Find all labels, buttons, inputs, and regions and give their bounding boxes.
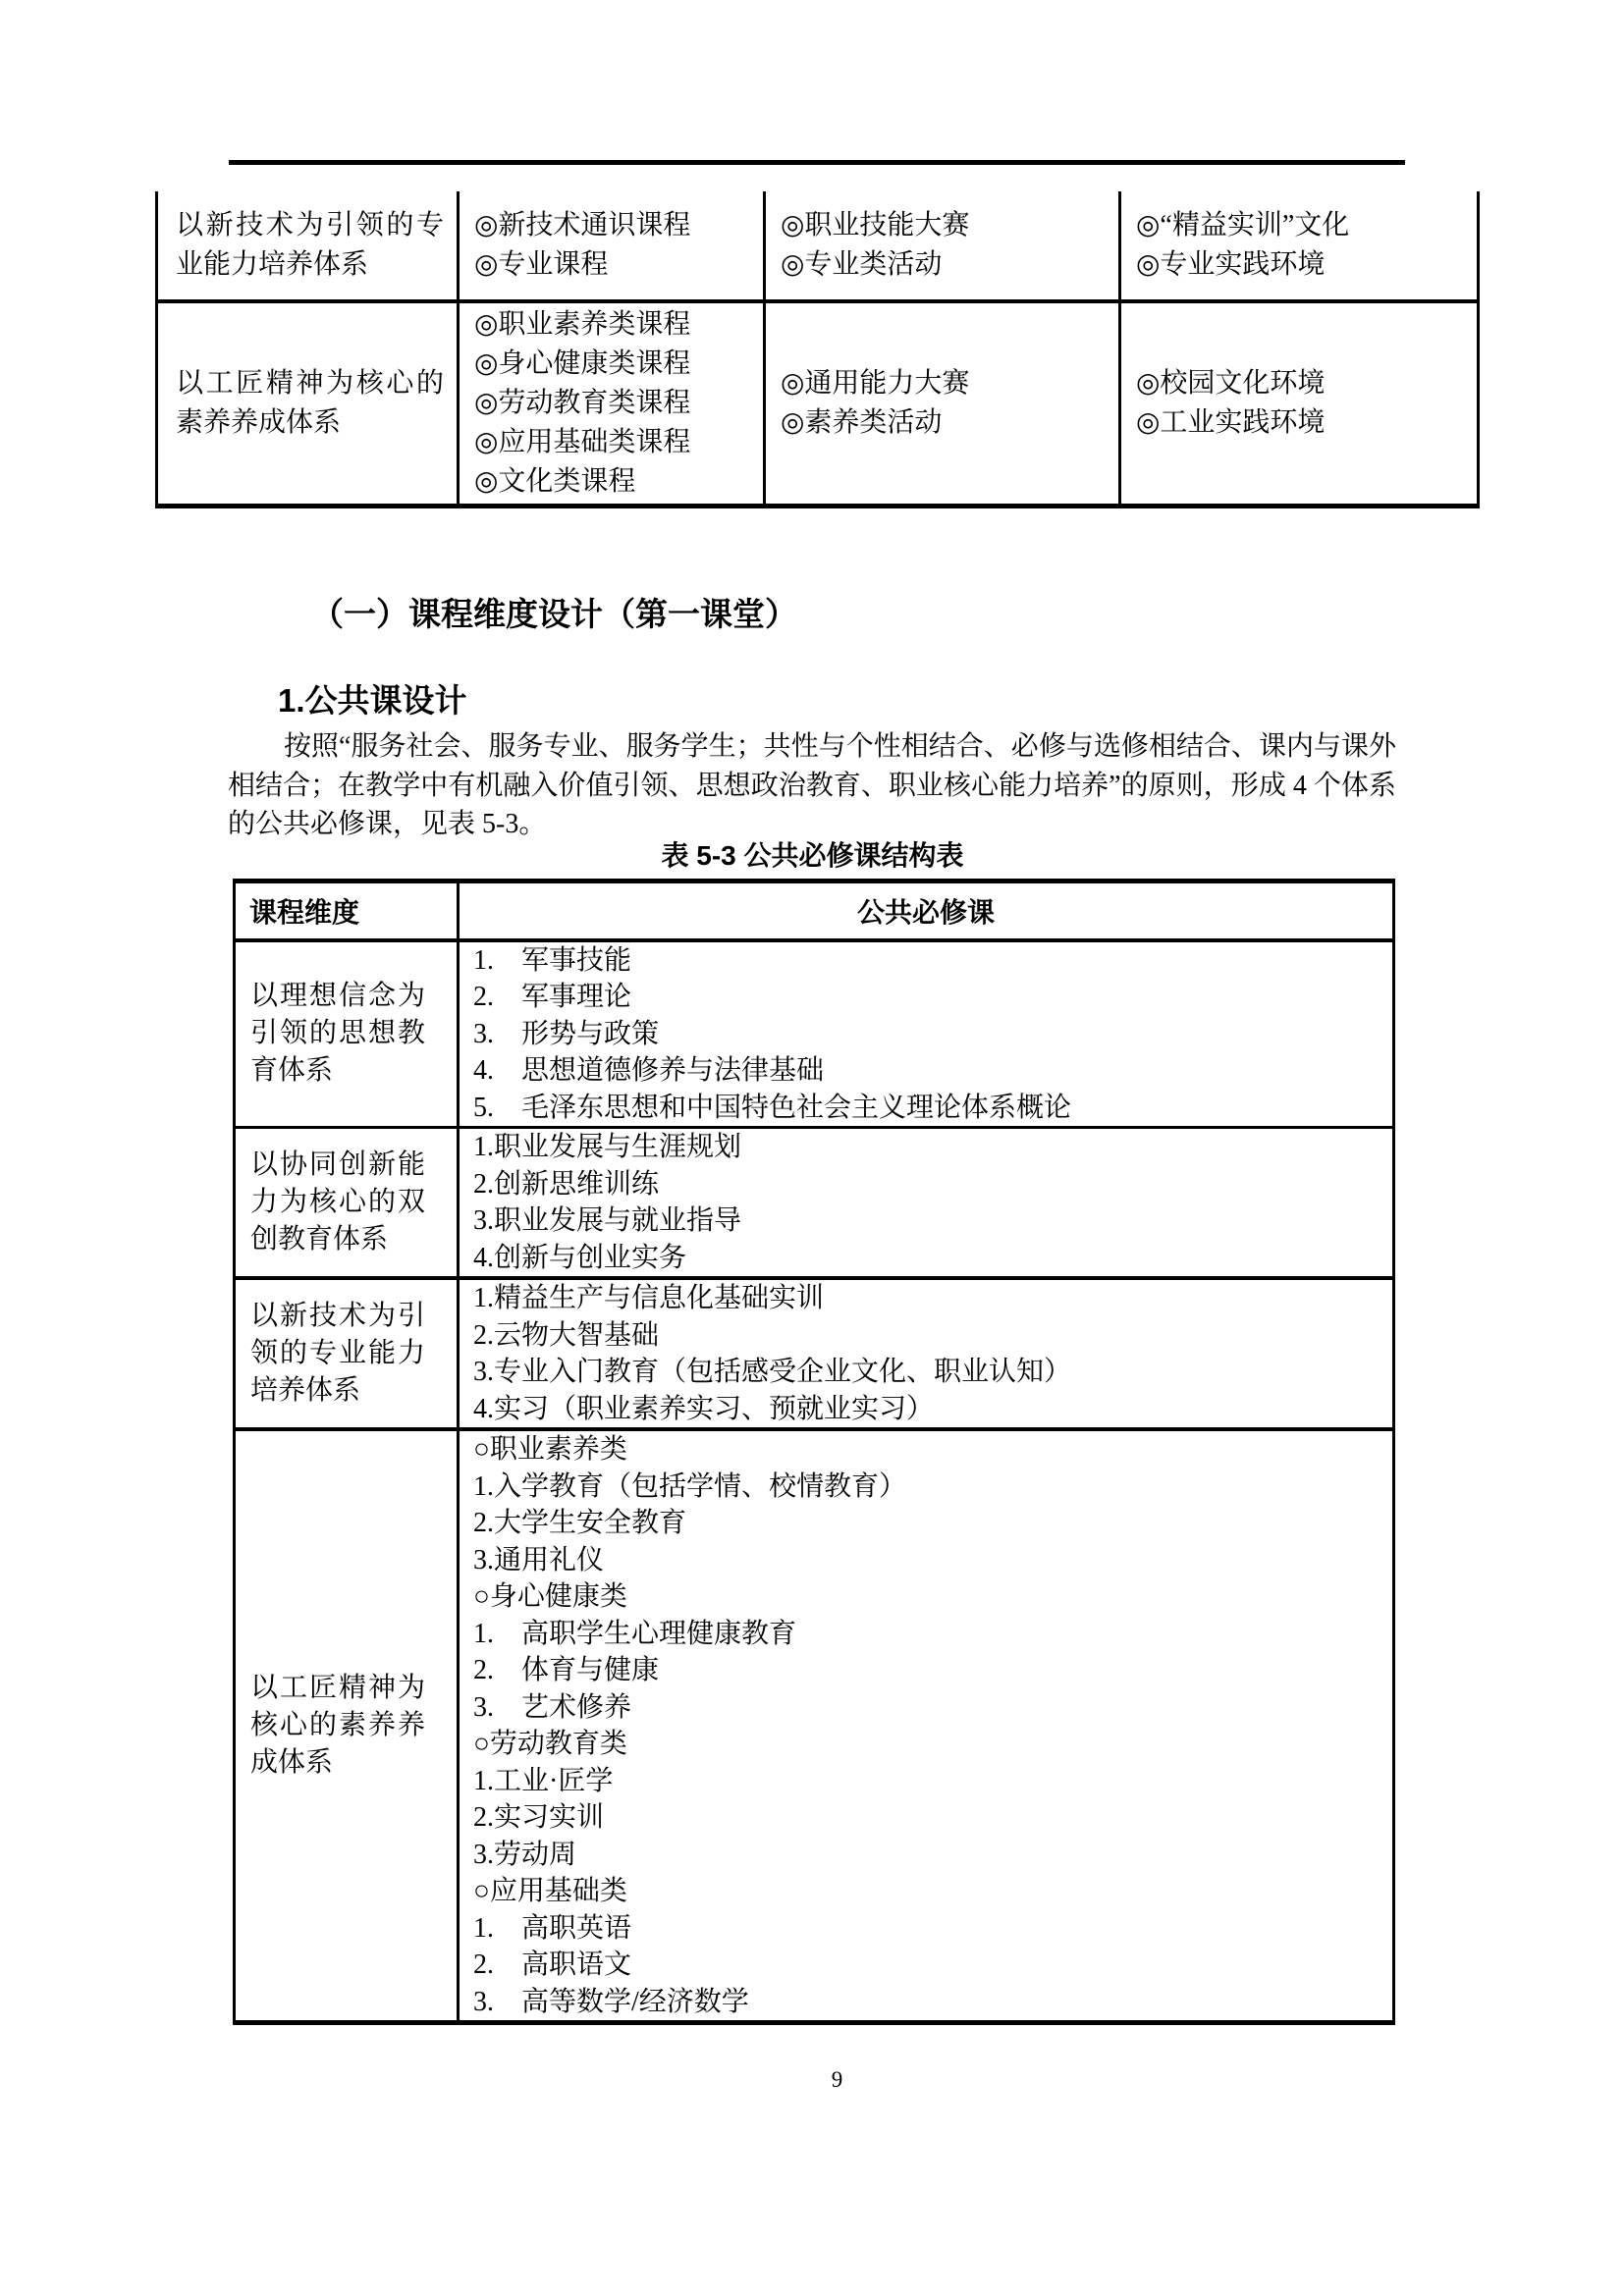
dimension-cell: 以协同创新能力为核心的双创教育体系 xyxy=(250,1147,425,1258)
table-row: 以理想信念为引领的思想教育体系 1. 军事技能 2. 军事理论 3. 形势与政策… xyxy=(235,940,1394,1128)
environment-cell: ◎校园文化环境 ◎工业实践环境 xyxy=(1121,364,1477,443)
page-header-rule xyxy=(229,160,1405,165)
table-caption: 表 5-3 公共必修课结构表 xyxy=(233,839,1392,873)
dimension-cell: 以新技术为引领的专业能力培养体系 xyxy=(250,1298,425,1410)
dimension-cell: 以新技术为引领的专业能力培养体系 xyxy=(176,206,444,285)
activities-cell: ◎职业技能大赛 ◎专业类活动 xyxy=(766,206,1118,285)
dimension-cell: 以工匠精神为核心的素养养成体系 xyxy=(250,1670,425,1782)
courses-cell: 1. 军事技能 2. 军事理论 3. 形势与政策 4. 思想道德修养与法律基础 … xyxy=(460,942,1392,1127)
courses-cell: ◎职业素养类课程 ◎身心健康类课程 ◎劳动教育类课程 ◎应用基础类课程 ◎文化类… xyxy=(460,305,763,502)
body-paragraph: 按照“服务社会、服务专业、服务学生；共性与个性相结合、必修与选修相结合、课内与课… xyxy=(228,727,1396,844)
courses-cell: ○职业素养类 1.入学教育（包括学情、校情教育） 2.大学生安全教育 3.通用礼… xyxy=(460,1431,1392,2020)
environment-cell: ◎“精益实训”文化 ◎专业实践环境 xyxy=(1121,206,1477,285)
subsection-heading: 1.公共课设计 xyxy=(278,679,467,722)
table-row: 以工匠精神为核心的素养养成体系 ○职业素养类 1.入学教育（包括学情、校情教育）… xyxy=(235,1429,1394,2023)
courses-cell: ◎新技术通识课程 ◎专业课程 xyxy=(460,206,763,285)
table-row: 以新技术为引领的专业能力培养体系 ◎新技术通识课程 ◎专业课程 ◎职业技能大赛 … xyxy=(157,191,1479,301)
dimension-overview-table: 以新技术为引领的专业能力培养体系 ◎新技术通识课程 ◎专业课程 ◎职业技能大赛 … xyxy=(155,191,1480,508)
table-row: 以工匠精神为核心的素养养成体系 ◎职业素养类课程 ◎身心健康类课程 ◎劳动教育类… xyxy=(157,301,1479,506)
page-number: 9 xyxy=(233,2067,1441,2093)
table-header-row: 课程维度 公共必修课 xyxy=(235,881,1394,940)
section-heading: （一）课程维度设计（第一课堂） xyxy=(311,593,797,636)
courses-cell: 1.职业发展与生涯规划 2.创新思维训练 3.职业发展与就业指导 4.创新与创业… xyxy=(460,1129,1392,1276)
table-row: 以新技术为引领的专业能力培养体系 1.精益生产与信息化基础实训 2.云物大智基础… xyxy=(235,1278,1394,1429)
dimension-cell: 以理想信念为引领的思想教育体系 xyxy=(250,978,425,1090)
table-row: 以协同创新能力为核心的双创教育体系 1.职业发展与生涯规划 2.创新思维训练 3… xyxy=(235,1128,1394,1279)
required-course-table: 课程维度 公共必修课 以理想信念为引领的思想教育体系 1. 军事技能 2. 军事… xyxy=(233,879,1395,2025)
activities-cell: ◎通用能力大赛 ◎素养类活动 xyxy=(766,364,1118,443)
document-page: 以新技术为引领的专业能力培养体系 ◎新技术通识课程 ◎专业课程 ◎职业技能大赛 … xyxy=(0,0,1624,2296)
header-courses: 公共必修课 xyxy=(459,881,1394,940)
courses-cell: 1.精益生产与信息化基础实训 2.云物大智基础 3.专业入门教育（包括感受企业文… xyxy=(460,1280,1392,1427)
header-dimension: 课程维度 xyxy=(235,881,459,940)
dimension-cell: 以工匠精神为核心的素养养成体系 xyxy=(176,364,444,443)
